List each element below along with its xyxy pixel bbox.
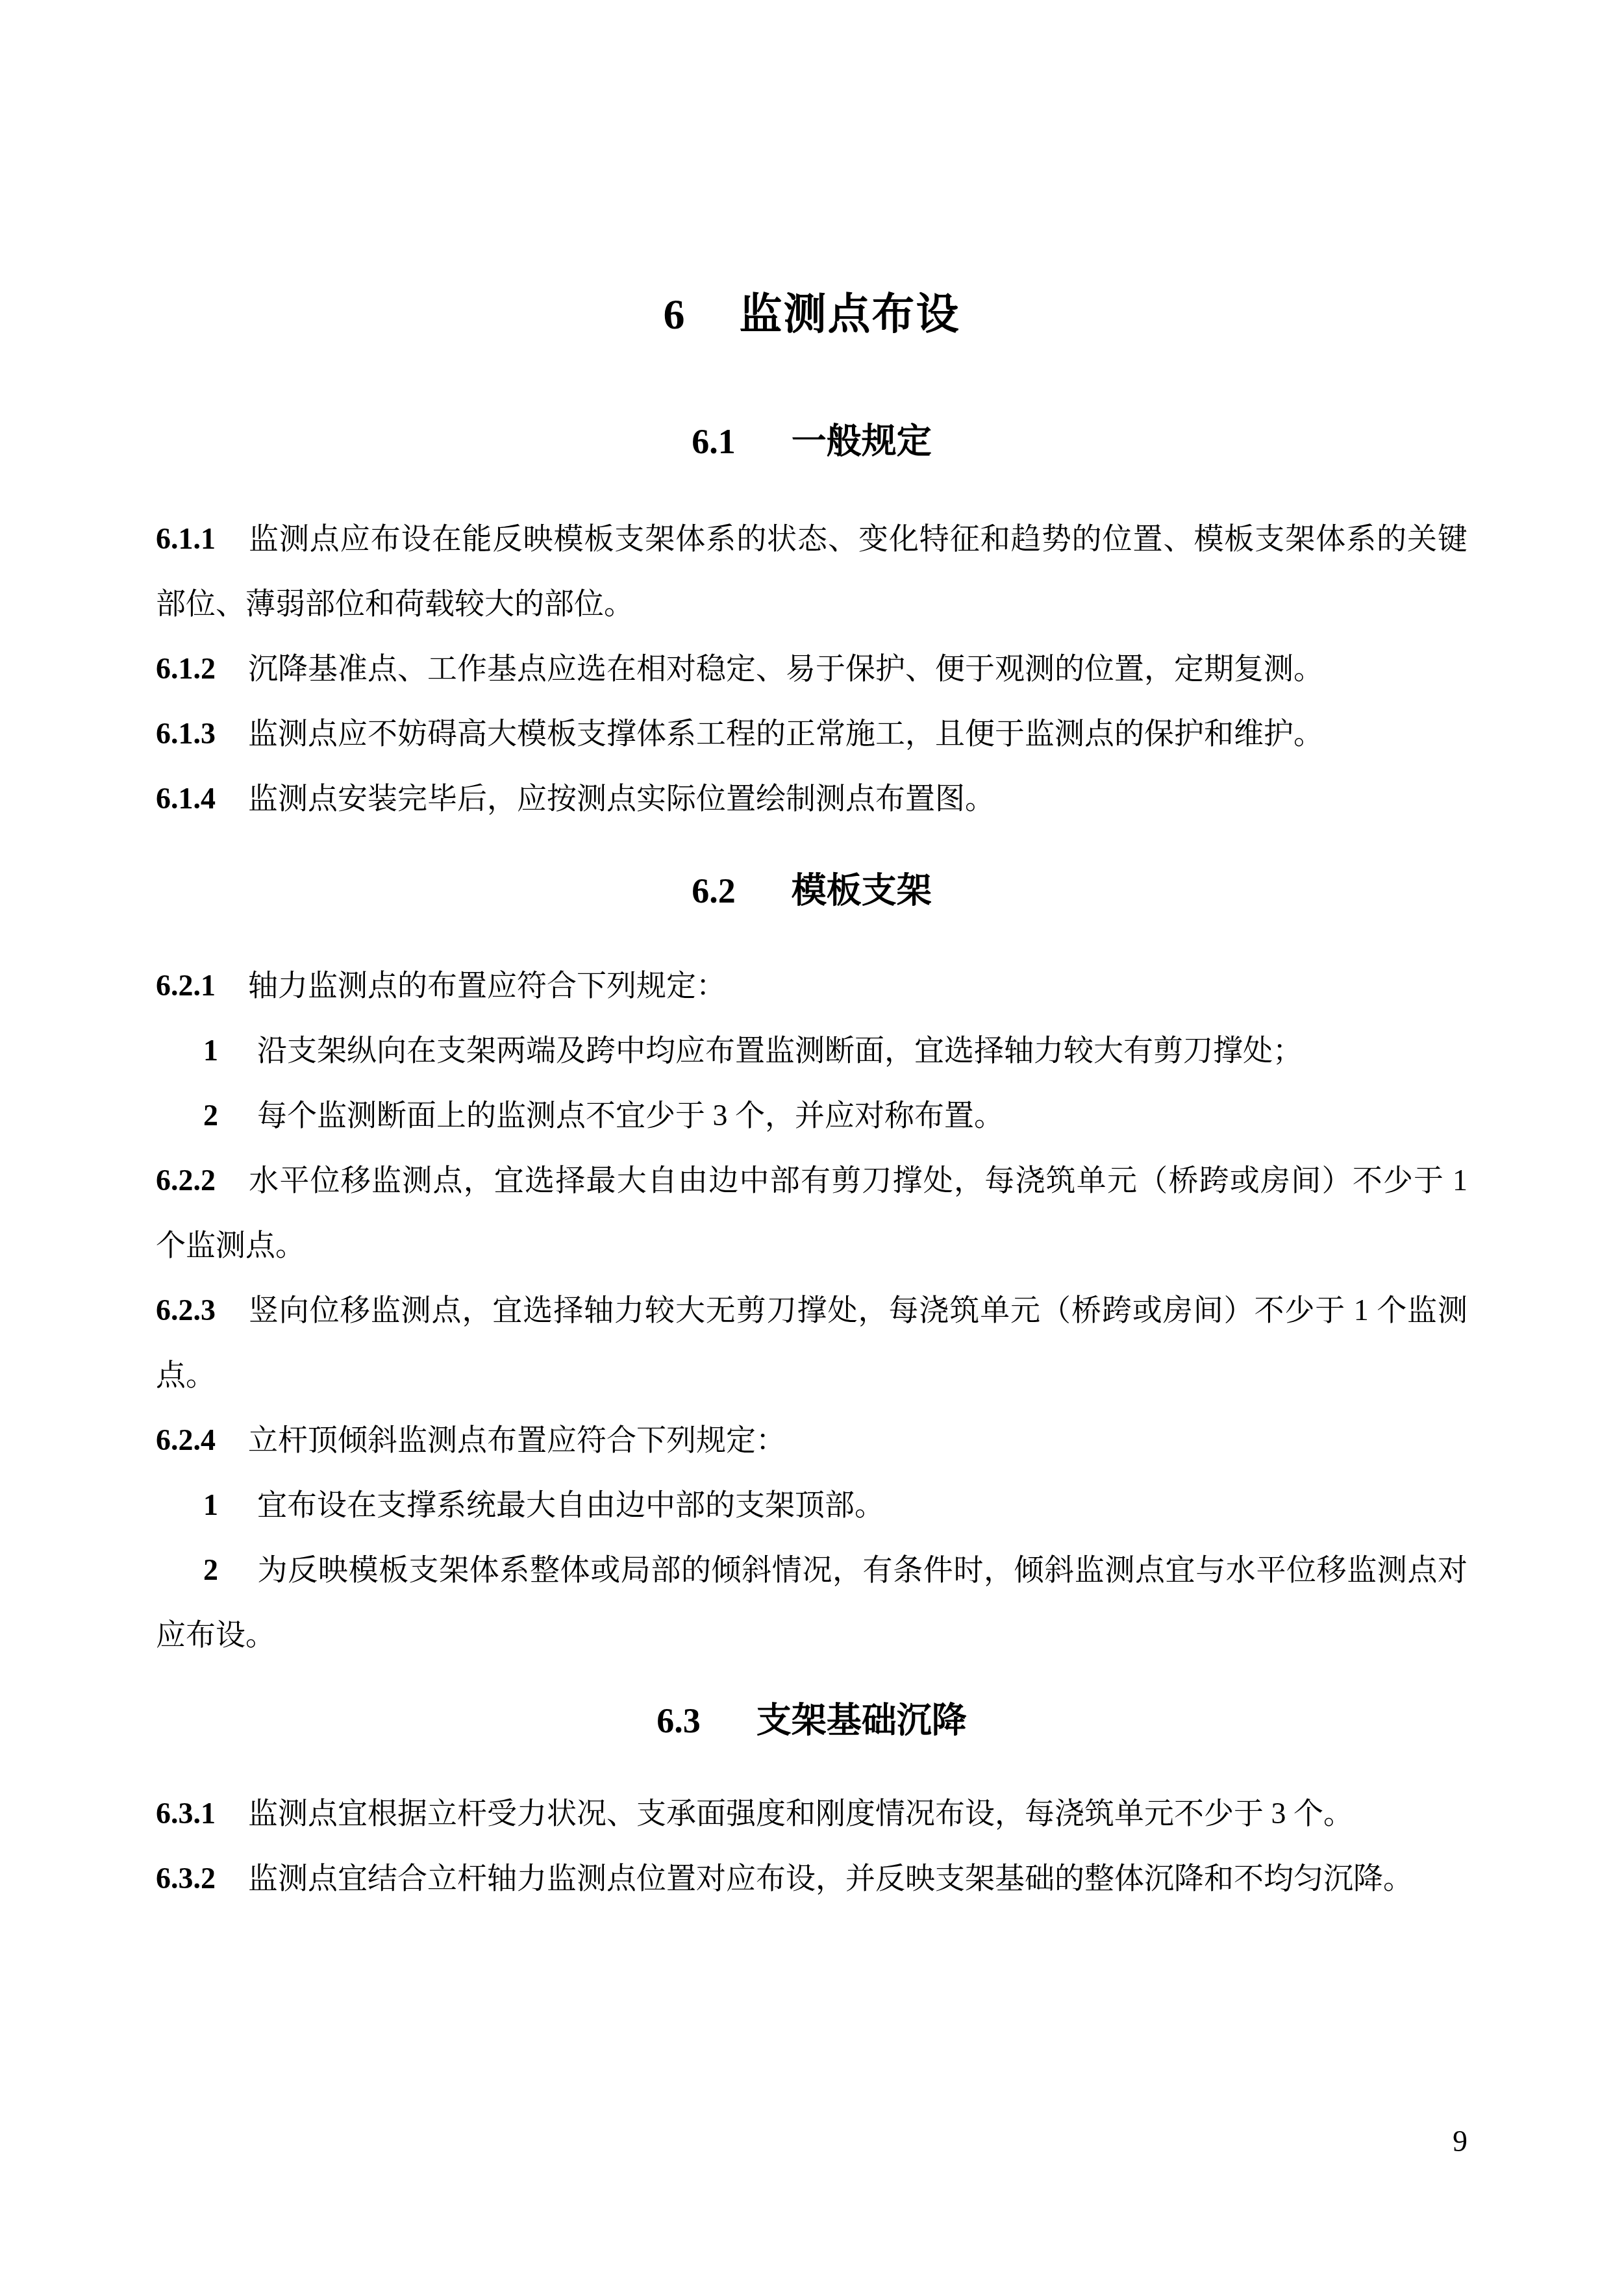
clause-text: 水平位移监测点，宜选择最大自由边中部有剪刀撑处，每浇筑单元（桥跨或房间）不少于 … [156,1164,1468,1262]
item-number: 2 [203,1099,218,1132]
clause-label: 6.2.2 [156,1164,216,1197]
item-text: 沿支架纵向在支架两端及跨中均应布置监测断面，宜选择轴力较大有剪刀撑处； [257,1034,1303,1067]
clause-label: 6.1.3 [156,717,216,750]
section-heading-6-2: 6.2模板支架 [156,858,1468,923]
section-number: 6.2 [692,871,736,910]
section-number: 6.3 [656,1701,701,1740]
clause-text: 监测点应布设在能反映模板支架体系的状态、变化特征和趋势的位置、模板支架体系的关键… [156,522,1468,620]
clause-6-2-3: 6.2.3竖向位移监测点，宜选择轴力较大无剪刀撑处，每浇筑单元（桥跨或房间）不少… [156,1278,1468,1408]
document-page: 6监测点布设 6.1一般规定 6.1.1监测点应布设在能反映模板支架体系的状态、… [0,0,1624,2296]
clause-label: 6.1.4 [156,782,216,815]
clause-6-2-1-item-2: 2每个监测断面上的监测点不宜少于 3 个，并应对称布置。 [156,1083,1468,1148]
section-title-text: 一般规定 [792,422,932,461]
item-number: 1 [203,1034,218,1067]
clause-label: 6.1.2 [156,652,216,685]
clause-6-3-1: 6.3.1监测点宜根据立杆受力状况、支承面强度和刚度情况布设，每浇筑单元不少于 … [156,1781,1468,1846]
page-number: 9 [156,2122,1468,2161]
section-title-text: 支架基础沉降 [756,1701,967,1740]
clause-6-2-2: 6.2.2水平位移监测点，宜选择最大自由边中部有剪刀撑处，每浇筑单元（桥跨或房间… [156,1148,1468,1278]
clause-6-2-1-item-1: 1沿支架纵向在支架两端及跨中均应布置监测断面，宜选择轴力较大有剪刀撑处； [156,1018,1468,1083]
page-content: 6监测点布设 6.1一般规定 6.1.1监测点应布设在能反映模板支架体系的状态、… [156,0,1468,1911]
clause-text: 竖向位移监测点，宜选择轴力较大无剪刀撑处，每浇筑单元（桥跨或房间）不少于 1 个… [156,1293,1468,1391]
clause-6-1-4: 6.1.4监测点安装完毕后，应按测点实际位置绘制测点布置图。 [156,766,1468,831]
section-heading-6-3: 6.3支架基础沉降 [156,1688,1468,1753]
clause-6-1-1: 6.1.1监测点应布设在能反映模板支架体系的状态、变化特征和趋势的位置、模板支架… [156,506,1468,636]
clause-6-3-2: 6.3.2监测点宜结合立杆轴力监测点位置对应布设，并反映支架基础的整体沉降和不均… [156,1846,1468,1911]
item-text: 为反映模板支架体系整体或局部的倾斜情况，有条件时，倾斜监测点宜与水平位移监测点对… [156,1553,1468,1651]
clause-label: 6.3.1 [156,1797,216,1830]
clause-label: 6.1.1 [156,522,216,555]
clause-text: 监测点宜结合立杆轴力监测点位置对应布设，并反映支架基础的整体沉降和不均匀沉降。 [248,1862,1413,1895]
clause-6-1-2: 6.1.2沉降基准点、工作基点应选在相对稳定、易于保护、便于观测的位置，定期复测… [156,636,1468,701]
clause-6-2-4-item-1: 1宜布设在支撑系统最大自由边中部的支架顶部。 [156,1473,1468,1538]
clause-6-2-1: 6.2.1轴力监测点的布置应符合下列规定： [156,953,1468,1018]
chapter-title-text: 监测点布设 [740,291,960,338]
section-title-text: 模板支架 [792,871,932,910]
item-number: 1 [203,1488,218,1521]
clause-label: 6.3.2 [156,1862,216,1895]
section-heading-6-1: 6.1一般规定 [156,409,1468,474]
chapter-number: 6 [664,291,686,338]
clause-6-1-3: 6.1.3监测点应不妨碍高大模板支撑体系工程的正常施工，且便于监测点的保护和维护… [156,701,1468,766]
section-number: 6.1 [692,422,736,461]
clause-text: 监测点安装完毕后，应按测点实际位置绘制测点布置图。 [248,782,995,815]
clause-text: 立杆顶倾斜监测点布置应符合下列规定： [248,1423,786,1456]
clause-text: 监测点宜根据立杆受力状况、支承面强度和刚度情况布设，每浇筑单元不少于 3 个。 [248,1797,1353,1830]
clause-label: 6.2.1 [156,969,216,1002]
clause-6-2-4-item-2: 2为反映模板支架体系整体或局部的倾斜情况，有条件时，倾斜监测点宜与水平位移监测点… [156,1538,1468,1667]
clause-text: 监测点应不妨碍高大模板支撑体系工程的正常施工，且便于监测点的保护和维护。 [248,717,1323,750]
item-number: 2 [203,1553,218,1586]
item-text: 每个监测断面上的监测点不宜少于 3 个，并应对称布置。 [257,1099,1004,1132]
clause-label: 6.2.3 [156,1293,216,1327]
clause-label: 6.2.4 [156,1423,216,1456]
chapter-title: 6监测点布设 [156,279,1468,351]
item-text: 宜布设在支撑系统最大自由边中部的支架顶部。 [257,1488,884,1521]
clause-text: 沉降基准点、工作基点应选在相对稳定、易于保护、便于观测的位置，定期复测。 [248,652,1323,685]
clause-text: 轴力监测点的布置应符合下列规定： [248,969,726,1002]
clause-6-2-4: 6.2.4立杆顶倾斜监测点布置应符合下列规定： [156,1408,1468,1473]
